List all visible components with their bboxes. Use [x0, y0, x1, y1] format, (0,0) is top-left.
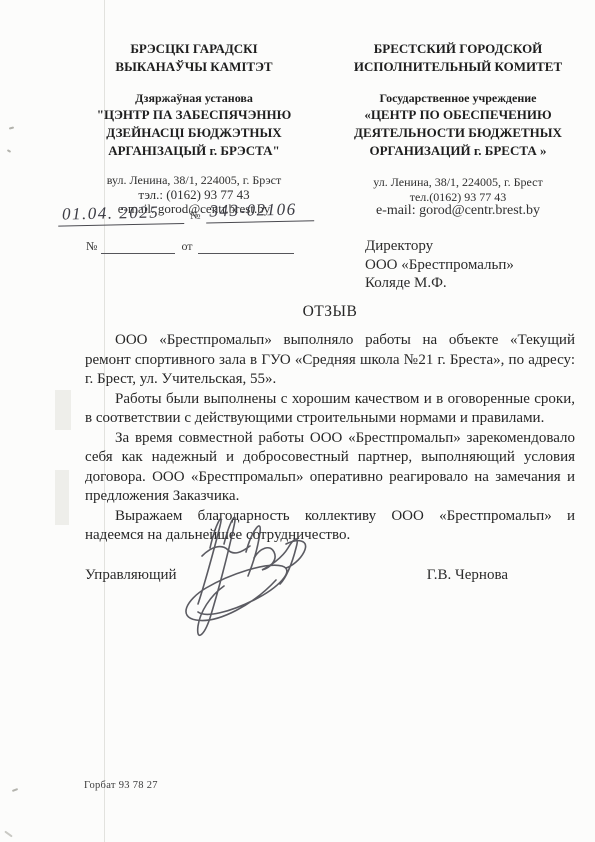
handwritten-date: 01.04. 2025 [62, 202, 160, 223]
scan-speck [7, 149, 11, 153]
org-name-by: БРЭСЦКІ ГАРАДСКІ ВЫКАНАЎЧЫ КАМІТЭТ [68, 40, 320, 76]
org-name-by-line1: БРЭСЦКІ ГАРАДСКІ [68, 40, 320, 58]
addressee-company: ООО «Брестпромальп» [365, 256, 514, 275]
org-name-ru: БРЕСТСКИЙ ГОРОДСКОЙ ИСПОЛНИТЕЛЬНЫЙ КОМИТ… [330, 40, 586, 76]
addressee-name: Коляде М.Ф. [365, 274, 514, 293]
outgoing-date-field: 01.04. 2025 [58, 202, 184, 227]
org-name-ru-line2: ИСПОЛНИТЕЛЬНЫЙ КОМИТЕТ [330, 58, 586, 76]
incoming-reference-blank: № от [86, 239, 294, 254]
institution-name-ru: «ЦЕНТР ПО ОБЕСПЕЧЕНИЮ ДЕЯТЕЛЬНОСТИ БЮДЖЕ… [330, 106, 586, 160]
handwritten-number: 343-02106 [209, 200, 297, 221]
executor-footer: Горбат 93 78 27 [84, 780, 158, 791]
institution-name-by: "ЦЭНТР ПА ЗАБЕСПЯЧЭННЮ ДЗЕЙНАСЦІ БЮДЖЭТН… [68, 106, 320, 160]
street-address-ru: ул. Ленина, 38/1, 224005, г. Брест [330, 175, 586, 190]
email-ru: e-mail: gorod@centr.brest.by [330, 204, 586, 219]
contact-block-ru: ул. Ленина, 38/1, 224005, г. Брест тел.(… [330, 175, 586, 219]
from-label: от [181, 239, 192, 254]
paragraph-cooperation: За время совместной работы ООО «Брестпро… [85, 429, 575, 507]
handwritten-signature [158, 500, 338, 650]
addressee-position: Директору [365, 237, 514, 256]
phone-ru: тел.(0162) 93 77 43 [330, 190, 586, 205]
blank-number-line [101, 241, 175, 254]
paragraph-quality: Работы были выполнены с хорошим качество… [85, 390, 575, 429]
institution-type-ru: Государственное учреждение [330, 91, 586, 106]
scan-smudge [55, 390, 71, 430]
signer-position: Управляющий [85, 567, 177, 584]
paragraph-object: ООО «Брестпромальп» выполняло работы на … [85, 331, 575, 390]
blank-date-line [198, 241, 294, 254]
letterhead-right: БРЕСТСКИЙ ГОРОДСКОЙ ИСПОЛНИТЕЛЬНЫЙ КОМИТ… [330, 40, 586, 219]
scan-smudge [55, 470, 69, 525]
street-address-by: вул. Ленина, 38/1, 224005, г. Брэст [68, 173, 320, 188]
blank-number-sign: № [86, 239, 97, 254]
signer-name: Г.В. Чернова [427, 567, 508, 584]
org-name-by-line2: ВЫКАНАЎЧЫ КАМІТЭТ [68, 58, 320, 76]
org-name-ru-line1: БРЕСТСКИЙ ГОРОДСКОЙ [330, 40, 586, 58]
institution-type-by: Дзяржаўная установа [68, 91, 320, 106]
scan-speck [12, 788, 18, 792]
institution-ru: Государственное учреждение «ЦЕНТР ПО ОБЕ… [330, 91, 586, 160]
document-title: ОТЗЫВ [85, 303, 575, 321]
addressee-block: Директору ООО «Брестпромальп» Коляде М.Ф… [365, 237, 514, 293]
outgoing-number-field: 343-02106 [205, 199, 313, 223]
letterhead-left: БРЭСЦКІ ГАРАДСКІ ВЫКАНАЎЧЫ КАМІТЭТ Дзярж… [68, 40, 320, 217]
number-sign: № [190, 210, 201, 222]
institution-by: Дзяржаўная установа "ЦЭНТР ПА ЗАБЕСПЯЧЭН… [68, 91, 320, 160]
outgoing-reference-handwritten: 01.04. 2025 № 343-02106 [58, 199, 308, 226]
scan-speck [9, 126, 14, 129]
scan-speck [4, 831, 13, 838]
scanned-letter-page: БРЭСЦКІ ГАРАДСКІ ВЫКАНАЎЧЫ КАМІТЭТ Дзярж… [0, 0, 595, 842]
